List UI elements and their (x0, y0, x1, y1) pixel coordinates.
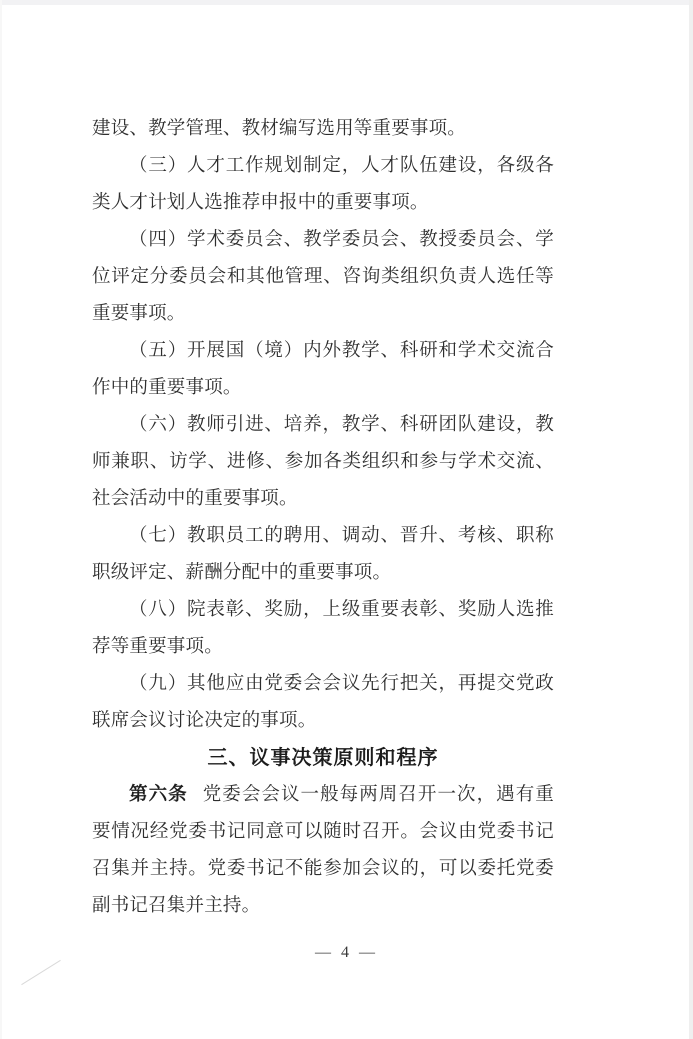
scan-edge-right (689, 0, 693, 1039)
document-page: 建设、教学管理、教材编写选用等重要事项。 （三）人才工作规划制定，人才队伍建设，… (0, 0, 693, 1039)
paragraph-item-4: （四）学术委员会、教学委员会、教授委员会、学位评定分委员会和其他管理、咨询类组织… (92, 222, 554, 333)
paragraph-item-3: （三）人才工作规划制定，人才队伍建设，各级各类人才计划人选推荐申报中的重要事项。 (92, 148, 554, 222)
paragraph-item-9: （九）其他应由党委会会议先行把关，再提交党政联席会议讨论决定的事项。 (92, 666, 554, 740)
scan-edge-left (0, 0, 2, 1039)
paragraph-article-6: 第六条党委会会议一般每两周召开一次，遇有重要情况经党委书记同意可以随时召开。会议… (92, 777, 554, 925)
scan-edge-top (0, 0, 693, 5)
page-number: — 4 — (0, 941, 693, 965)
section-heading: 三、议事决策原则和程序 (92, 740, 554, 777)
document-text-block: 建设、教学管理、教材编写选用等重要事项。 （三）人才工作规划制定，人才队伍建设，… (92, 111, 554, 925)
paragraph-item-8: （八）院表彰、奖励，上级重要表彰、奖励人选推荐等重要事项。 (92, 592, 554, 666)
paragraph-item-7: （七）教职员工的聘用、调动、晋升、考核、职称职级评定、薪酬分配中的重要事项。 (92, 518, 554, 592)
paragraph-continuation: 建设、教学管理、教材编写选用等重要事项。 (92, 111, 554, 148)
paragraph-item-6: （六）教师引进、培养，教学、科研团队建设，教师兼职、访学、进修、参加各类组织和参… (92, 407, 554, 518)
article-number-label: 第六条 (129, 785, 188, 805)
paragraph-item-5: （五）开展国（境）内外教学、科研和学术交流合作中的重要事项。 (92, 333, 554, 407)
